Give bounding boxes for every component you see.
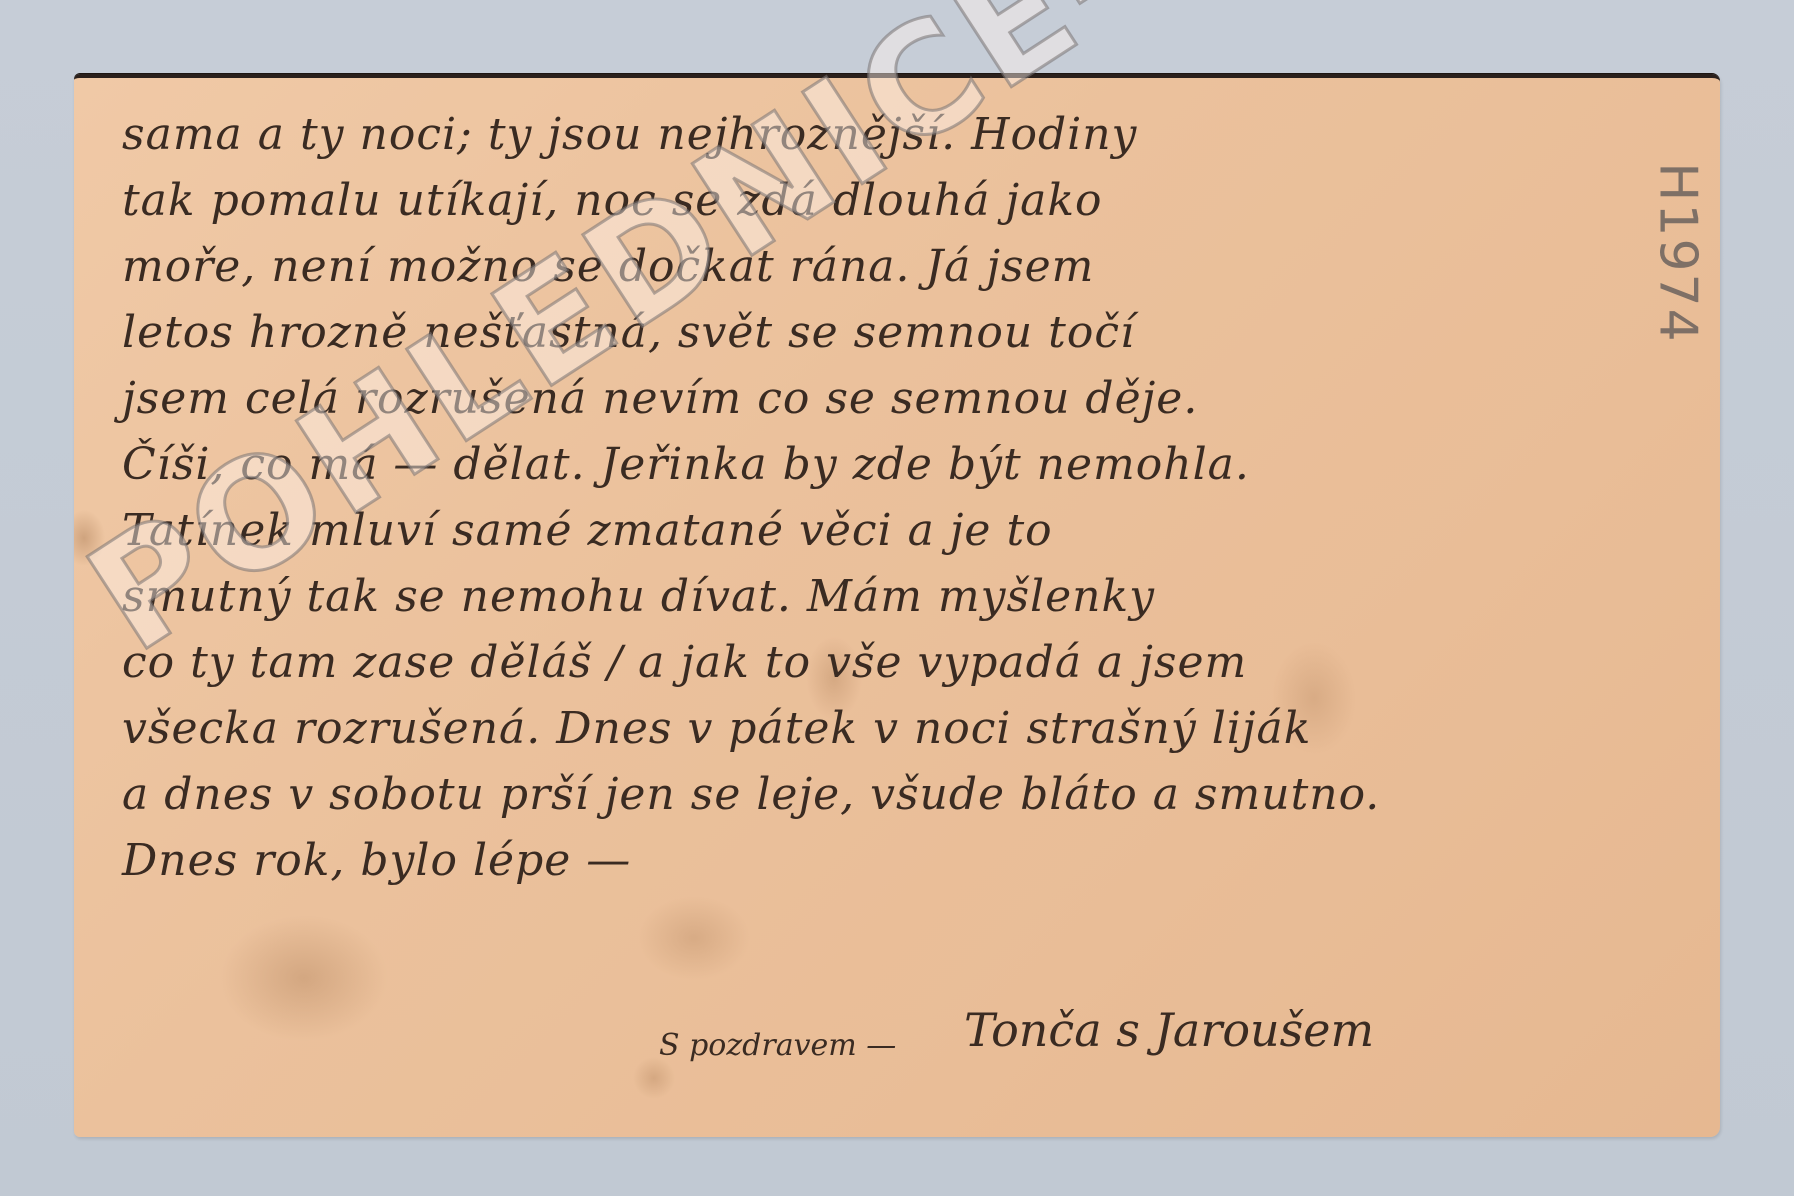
message-line: tak pomalu utíkají, noc se zdá dlouhá ja… (122, 168, 1662, 234)
archive-mark-text: H1974 (1648, 162, 1708, 343)
message-line: a dnes v sobotu prší jen se leje, všude … (122, 762, 1662, 828)
message-line: Číši, co má — dělat. Jeřinka by zde být … (122, 432, 1662, 498)
message-line: Tatínek mluví samé zmatané věci a je to (122, 498, 1662, 564)
message-line: všecka rozrušená. Dnes v pátek v noci st… (122, 696, 1662, 762)
message-line: Dnes rok, bylo lépe — (122, 828, 1662, 894)
archive-pencil-mark: H1974 (1648, 138, 1708, 368)
message-line: jsem celá rozrušená nevím co se semnou d… (122, 366, 1662, 432)
closing-greeting: S pozdravem — (659, 1028, 896, 1063)
scan-background: sama a ty noci; ty jsou nejhroznější. Ho… (0, 0, 1794, 1196)
postcard: sama a ty noci; ty jsou nejhroznější. Ho… (74, 74, 1720, 1137)
message-line: sama a ty noci; ty jsou nejhroznější. Ho… (122, 102, 1662, 168)
message-line: moře, není možno se dočkat rána. Já jsem (122, 234, 1662, 300)
message-line: letos hrozně nešťastná, svět se semnou t… (122, 300, 1662, 366)
message-line: co ty tam zase děláš / a jak to vše vypa… (122, 630, 1662, 696)
signature: Tonča s Jaroušem (964, 1003, 1374, 1057)
handwritten-message: sama a ty noci; ty jsou nejhroznější. Ho… (122, 102, 1662, 894)
message-line: smutný tak se nemohu dívat. Mám myšlenky (122, 564, 1662, 630)
